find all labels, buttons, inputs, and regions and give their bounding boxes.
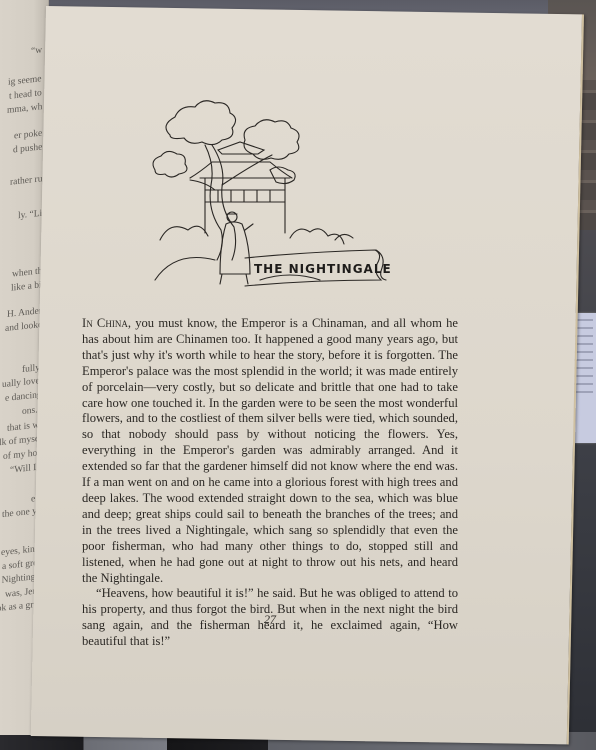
story-text: In China, you must know, the Emperor is …	[82, 316, 458, 650]
left-page-text-fragment: t head to	[9, 88, 42, 101]
title-banner: THE NIGHTINGALE	[254, 262, 392, 276]
left-page-text-fragment: H. Ander	[7, 306, 42, 320]
left-page-text-fragment: er poke	[14, 129, 42, 142]
left-page-text-fragment: when th	[12, 266, 42, 279]
left-page-text-fragment: ually lovel	[2, 376, 42, 390]
page-number: 27	[264, 612, 276, 627]
left-page-text-fragment: e dancing	[5, 390, 42, 404]
left-page-text-fragment: ly. “Li	[18, 209, 42, 222]
left-page-text-fragment: rather ru	[10, 174, 42, 187]
left-page-text-fragment: d pushe	[13, 142, 42, 155]
left-page-text-fragment: lk of mysel	[0, 434, 42, 448]
paragraph-1: In China, you must know, the Emperor is …	[82, 316, 458, 586]
left-page-text-fragment: like a bi	[11, 280, 42, 293]
left-page-text-fragment: mma, wh	[7, 102, 42, 116]
left-page-text-fragment: “w	[31, 45, 42, 56]
left-page-text-fragment: ig seeme	[8, 74, 42, 88]
left-page-text-fragment: and looke	[5, 320, 42, 334]
opening-words: In China	[82, 316, 128, 330]
